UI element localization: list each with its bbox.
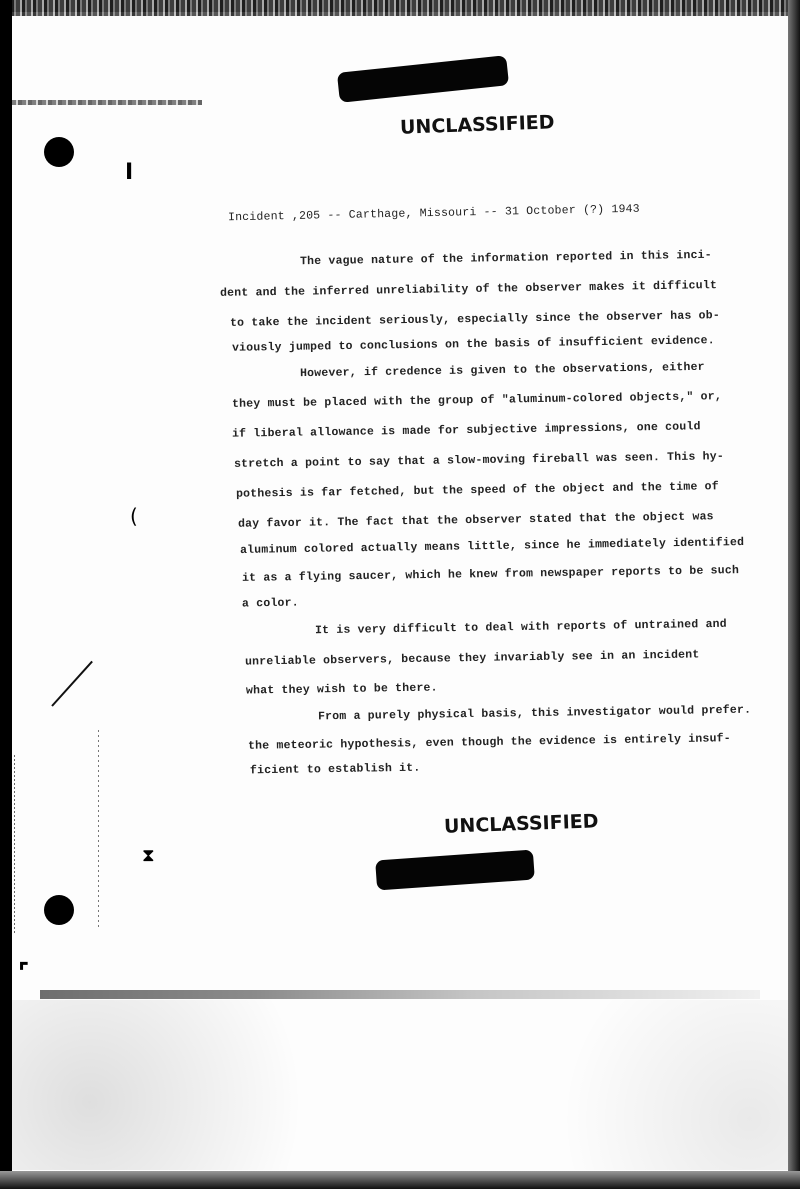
scan-right-border [788, 0, 800, 1189]
fold-line-top [12, 100, 202, 105]
scan-left-border [0, 0, 12, 1189]
binding-dots [98, 730, 99, 930]
fold-line-bottom [40, 990, 760, 999]
corner-mark: ⌜ [18, 958, 29, 986]
text-line: ficient to establish it. [250, 762, 421, 778]
edge-dots [14, 755, 15, 935]
scan-noise [12, 1000, 788, 1170]
punch-hole-top [44, 137, 74, 167]
text-line: a color. [242, 597, 299, 611]
hourglass-mark: ⧗ [142, 845, 155, 866]
scan-bottom-border [0, 1171, 800, 1189]
scan-top-edge [0, 0, 800, 16]
page-marker: I [125, 160, 133, 185]
punch-hole-bottom [44, 895, 74, 925]
bracket-mark: ( [130, 504, 138, 528]
